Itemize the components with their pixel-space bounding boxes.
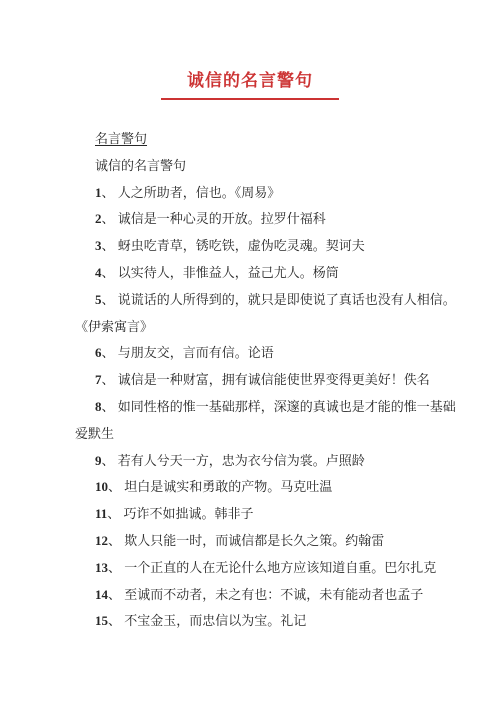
text-line: 10、 坦白是诚实和勇敢的产物。马克吐温 (75, 474, 445, 501)
text-line: 5、 说谎话的人所得到的，就只是即使说了真话也没有人相信。 (75, 287, 445, 314)
quote-number: 15 (95, 613, 108, 628)
line-text: 、 坦白是诚实和勇敢的产物。马克吐温 (108, 479, 332, 494)
title-row: 诚信的名言警句 (0, 70, 500, 100)
text-line: 8、 如同性格的惟一基础那样，深邃的真诚也是才能的惟一基础 (75, 394, 445, 421)
text-line: 11、 巧诈不如拙诚。韩非子 (75, 501, 445, 528)
text-line: 诚信的名言警句 (75, 153, 445, 180)
line-text: 、 与朋友交，言而有信。论语 (102, 345, 274, 360)
quote-number: 11 (95, 506, 107, 521)
page-title: 诚信的名言警句 (161, 70, 339, 100)
line-text: 、 以实待人，非惟益人，益己尤人。杨筒 (102, 265, 339, 280)
quote-number: 12 (95, 533, 108, 548)
line-text: 、 巧诈不如拙诚。韩非子 (107, 506, 253, 521)
text-line: 6、 与朋友交，言而有信。论语 (75, 340, 445, 367)
text-line: 12、 欺人只能一时，而诚信都是长久之策。约翰雷 (75, 528, 445, 555)
quote-number: 10 (95, 479, 108, 494)
line-text: 、 人之所助者，信也。《周易》 (102, 185, 281, 200)
line-text: 、 欺人只能一时，而诚信都是长久之策。约翰雷 (108, 533, 384, 548)
text-line: 14、 至诚而不动者，未之有也：不诚，未有能动者也孟子 (75, 582, 445, 609)
line-text: 、 不宝金玉，而忠信以为宝。礼记 (108, 613, 306, 628)
text-line: 3、 蚜虫吃青草，锈吃铁，虚伪吃灵魂。契诃夫 (75, 233, 445, 260)
text-line: 《伊索寓言》 (75, 314, 445, 341)
text-line: 1、 人之所助者，信也。《周易》 (75, 180, 445, 207)
line-text: 爱默生 (75, 426, 114, 441)
text-line: 2、 诚信是一种心灵的开放。拉罗什福科 (75, 206, 445, 233)
document-page: 诚信的名言警句 名言警句 诚信的名言警句 1、 人之所助者，信也。《周易》 2、… (0, 0, 500, 708)
text-line: 9、 若有人兮天一方，忠为衣兮信为裳。卢照龄 (75, 448, 445, 475)
line-text: 、 至诚而不动者，未之有也：不诚，未有能动者也孟子 (108, 587, 423, 602)
line-text: 诚信的名言警句 (95, 158, 186, 173)
line-text: 、 若有人兮天一方，忠为衣兮信为裳。卢照龄 (102, 453, 365, 468)
text-line: 名言警句 (75, 126, 445, 153)
quote-number: 14 (95, 587, 108, 602)
line-text: 、 蚜虫吃青草，锈吃铁，虚伪吃灵魂。契诃夫 (102, 238, 365, 253)
text-line: 4、 以实待人，非惟益人，益己尤人。杨筒 (75, 260, 445, 287)
text-line: 15、 不宝金玉，而忠信以为宝。礼记 (75, 608, 445, 635)
text-line: 7、 诚信是一种财富，拥有诚信能使世界变得更美好！佚名 (75, 367, 445, 394)
text-line: 爱默生 (75, 421, 445, 448)
quote-number: 13 (95, 560, 108, 575)
text-line: 13、 一个正直的人在无论什么地方应该知道自重。巴尔扎克 (75, 555, 445, 582)
line-text: 、 说谎话的人所得到的，就只是即使说了真话也没有人相信。 (102, 292, 456, 307)
line-text: 、 诚信是一种心灵的开放。拉罗什福科 (102, 211, 326, 226)
line-text: 《伊索寓言》 (75, 319, 153, 334)
line-text: 、 诚信是一种财富，拥有诚信能使世界变得更美好！佚名 (102, 372, 430, 387)
line-text: 名言警句 (95, 131, 147, 146)
line-text: 、 一个正直的人在无论什么地方应该知道自重。巴尔扎克 (108, 560, 436, 575)
line-text: 、 如同性格的惟一基础那样，深邃的真诚也是才能的惟一基础 (102, 399, 456, 414)
document-body: 名言警句 诚信的名言警句 1、 人之所助者，信也。《周易》 2、 诚信是一种心灵… (0, 126, 500, 635)
